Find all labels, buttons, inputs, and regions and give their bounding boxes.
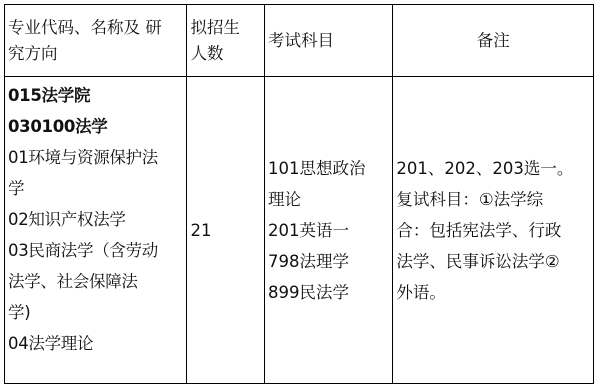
- header-quota-line-1: 拟招生: [190, 15, 260, 41]
- admissions-table: 专业代码、名称及 研 究方向 拟招生 人数 考试科目 备注 015法学院 030…: [4, 4, 594, 384]
- header-major: 专业代码、名称及 研 究方向: [5, 5, 187, 77]
- notes-cell: 201、202、203选一。 复试科目：①法学综 合：包括宪法学、行政 法学、民…: [393, 77, 594, 384]
- notes-line: 201、202、203选一。: [396, 153, 590, 184]
- major-name: 030100法学: [8, 111, 183, 142]
- notes-line: 外语。: [396, 277, 590, 308]
- college-name: 015法学院: [8, 80, 183, 111]
- exam-line: 101思想政治: [268, 153, 389, 184]
- header-quota-line-2: 人数: [190, 41, 260, 67]
- direction-line: 03民商法学（含劳动: [8, 235, 183, 266]
- exam-line: 201英语一: [268, 215, 389, 246]
- direction-line: 02知识产权法学: [8, 204, 183, 235]
- direction-line: 01环境与资源保护法: [8, 142, 183, 173]
- notes-line: 法学、民事诉讼法学②: [396, 246, 590, 277]
- header-quota: 拟招生 人数: [187, 5, 264, 77]
- direction-line: 学: [8, 173, 183, 204]
- header-major-line-2: 究方向: [8, 41, 183, 67]
- notes-line: 复试科目：①法学综: [396, 184, 590, 215]
- direction-line: 法学、社会保障法: [8, 266, 183, 297]
- table-row: 015法学院 030100法学 01环境与资源保护法 学 02知识产权法学 03…: [5, 77, 594, 384]
- exam-line: 理论: [268, 184, 389, 215]
- quota-cell: 21: [187, 77, 264, 384]
- direction-line: 学): [8, 297, 183, 328]
- header-notes: 备注: [393, 5, 594, 77]
- direction-line: 04法学理论: [8, 328, 183, 359]
- notes-line: 合：包括宪法学、行政: [396, 215, 590, 246]
- header-major-line-1: 专业代码、名称及 研: [8, 15, 183, 41]
- exam-cell: 101思想政治 理论 201英语一 798法理学 899民法学: [264, 77, 392, 384]
- header-exam: 考试科目: [264, 5, 392, 77]
- header-row: 专业代码、名称及 研 究方向 拟招生 人数 考试科目 备注: [5, 5, 594, 77]
- major-cell: 015法学院 030100法学 01环境与资源保护法 学 02知识产权法学 03…: [5, 77, 187, 384]
- exam-line: 798法理学: [268, 246, 389, 277]
- exam-line: 899民法学: [268, 277, 389, 308]
